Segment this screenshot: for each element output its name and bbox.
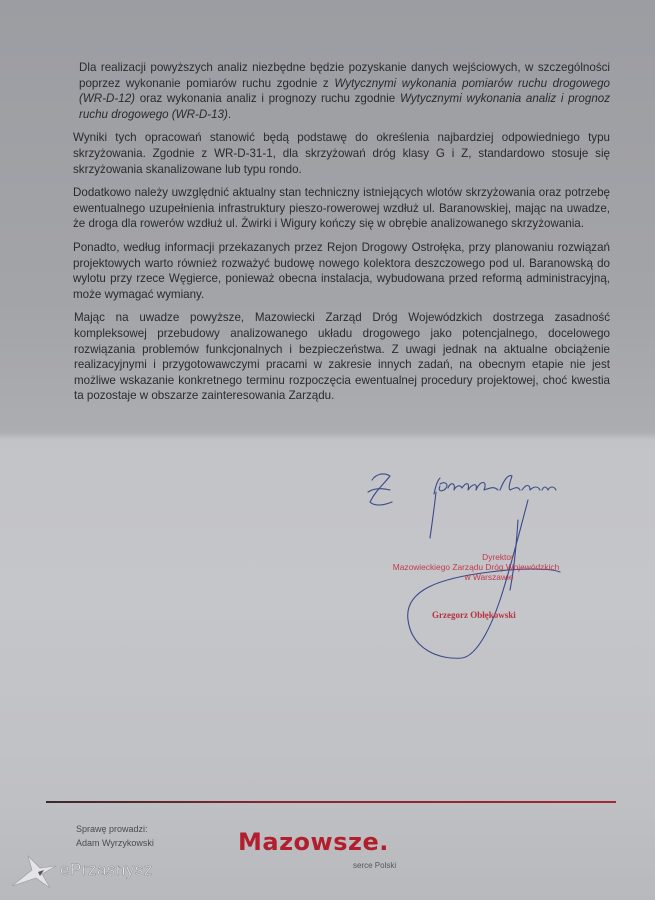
official-stamp: Dyrektor Mazowieckiego Zarządu Dróg Woje… [350,552,610,582]
letter-body: Dla realizacji powyższych analiz niezbęd… [73,60,610,412]
stamp-title: Dyrektor [386,552,610,562]
case-handler: Sprawę prowadzi: Adam Wyrzykowski [76,822,154,850]
stamp-city: w Warszawie [368,572,610,582]
stamp-institution: Mazowieckiego Zarządu Dróg Wojewódzkich [342,562,610,572]
paragraph-conclusion: Mając na uwadze powyższe, Mazowiecki Zar… [74,310,610,404]
paragraph-input-data: Dla realizacji powyższych analiz niezbęd… [79,60,610,122]
footer-divider [46,801,616,803]
logo-tagline: serce Polski [353,861,396,870]
watermark-text: ePrzasnysz [60,860,153,880]
stamp-name: Grzegorz Obłękowski [432,610,516,620]
paragraph-technical-condition: Dodatkowo należy uwzględnić aktualny sta… [73,185,610,232]
mazowsze-logo: Mazowsze. serce Polski [238,828,438,878]
handler-name: Adam Wyrzykowski [76,836,154,850]
logo-wordmark: Mazowsze. [238,828,389,856]
signature-block: Dyrektor Mazowieckiego Zarządu Dróg Woje… [350,460,610,670]
bird-logo-icon [10,852,58,892]
watermark: ePrzasnysz [10,852,160,892]
paragraph-intersection-type: Wyniki tych opracowań stanowić będą pods… [73,130,610,177]
paragraph-segment: oraz wykonania analiz i prognozy ruchu z… [135,92,400,105]
paragraph-rain-collector: Ponadto, według informacji przekazanych … [73,240,610,302]
handler-label: Sprawę prowadzi: [76,822,154,836]
paragraph-segment: . [228,108,231,121]
